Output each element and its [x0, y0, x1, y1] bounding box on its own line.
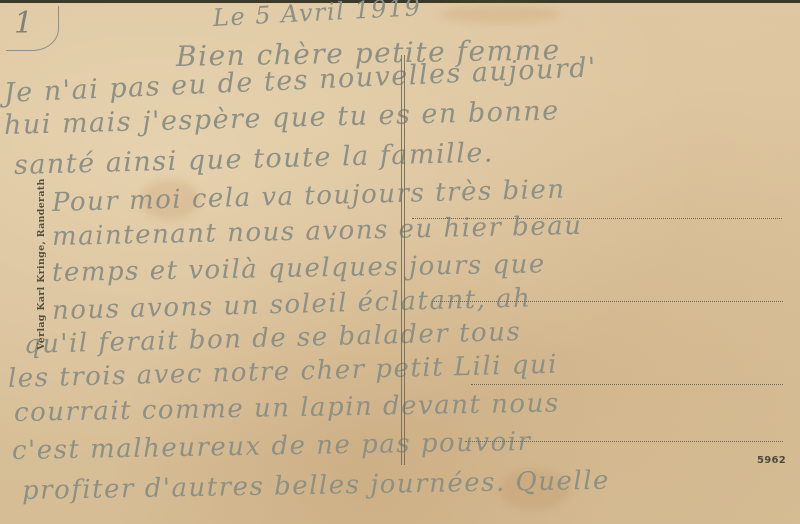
address-line-1: [412, 218, 782, 219]
publisher-imprint: Verlag Karl Kringe, Randerath: [36, 178, 47, 350]
paper-stain: [440, 5, 560, 23]
address-line-3: [471, 384, 783, 385]
letter-date: Le 5 Avril 1919: [212, 0, 422, 32]
letter-line: santé ainsi que toute la famille.: [14, 137, 495, 181]
address-line-4: [465, 441, 783, 442]
letter-line: courrait comme un lapin devant nous: [14, 388, 560, 428]
letter-line: c'est malheureux de ne pas pouvoir: [12, 427, 532, 466]
letter-line: Pour moi cela va toujours très bien: [52, 175, 566, 218]
card-number: 5962: [757, 455, 786, 466]
letter-line: temps et voilà quelques jours que: [52, 249, 546, 288]
postcard-back: 1 Le 5 Avril 1919 Bien chère petite femm…: [0, 0, 800, 524]
page-number: 1: [14, 6, 33, 41]
center-divider-line: [401, 55, 405, 465]
address-line-2: [432, 301, 783, 302]
